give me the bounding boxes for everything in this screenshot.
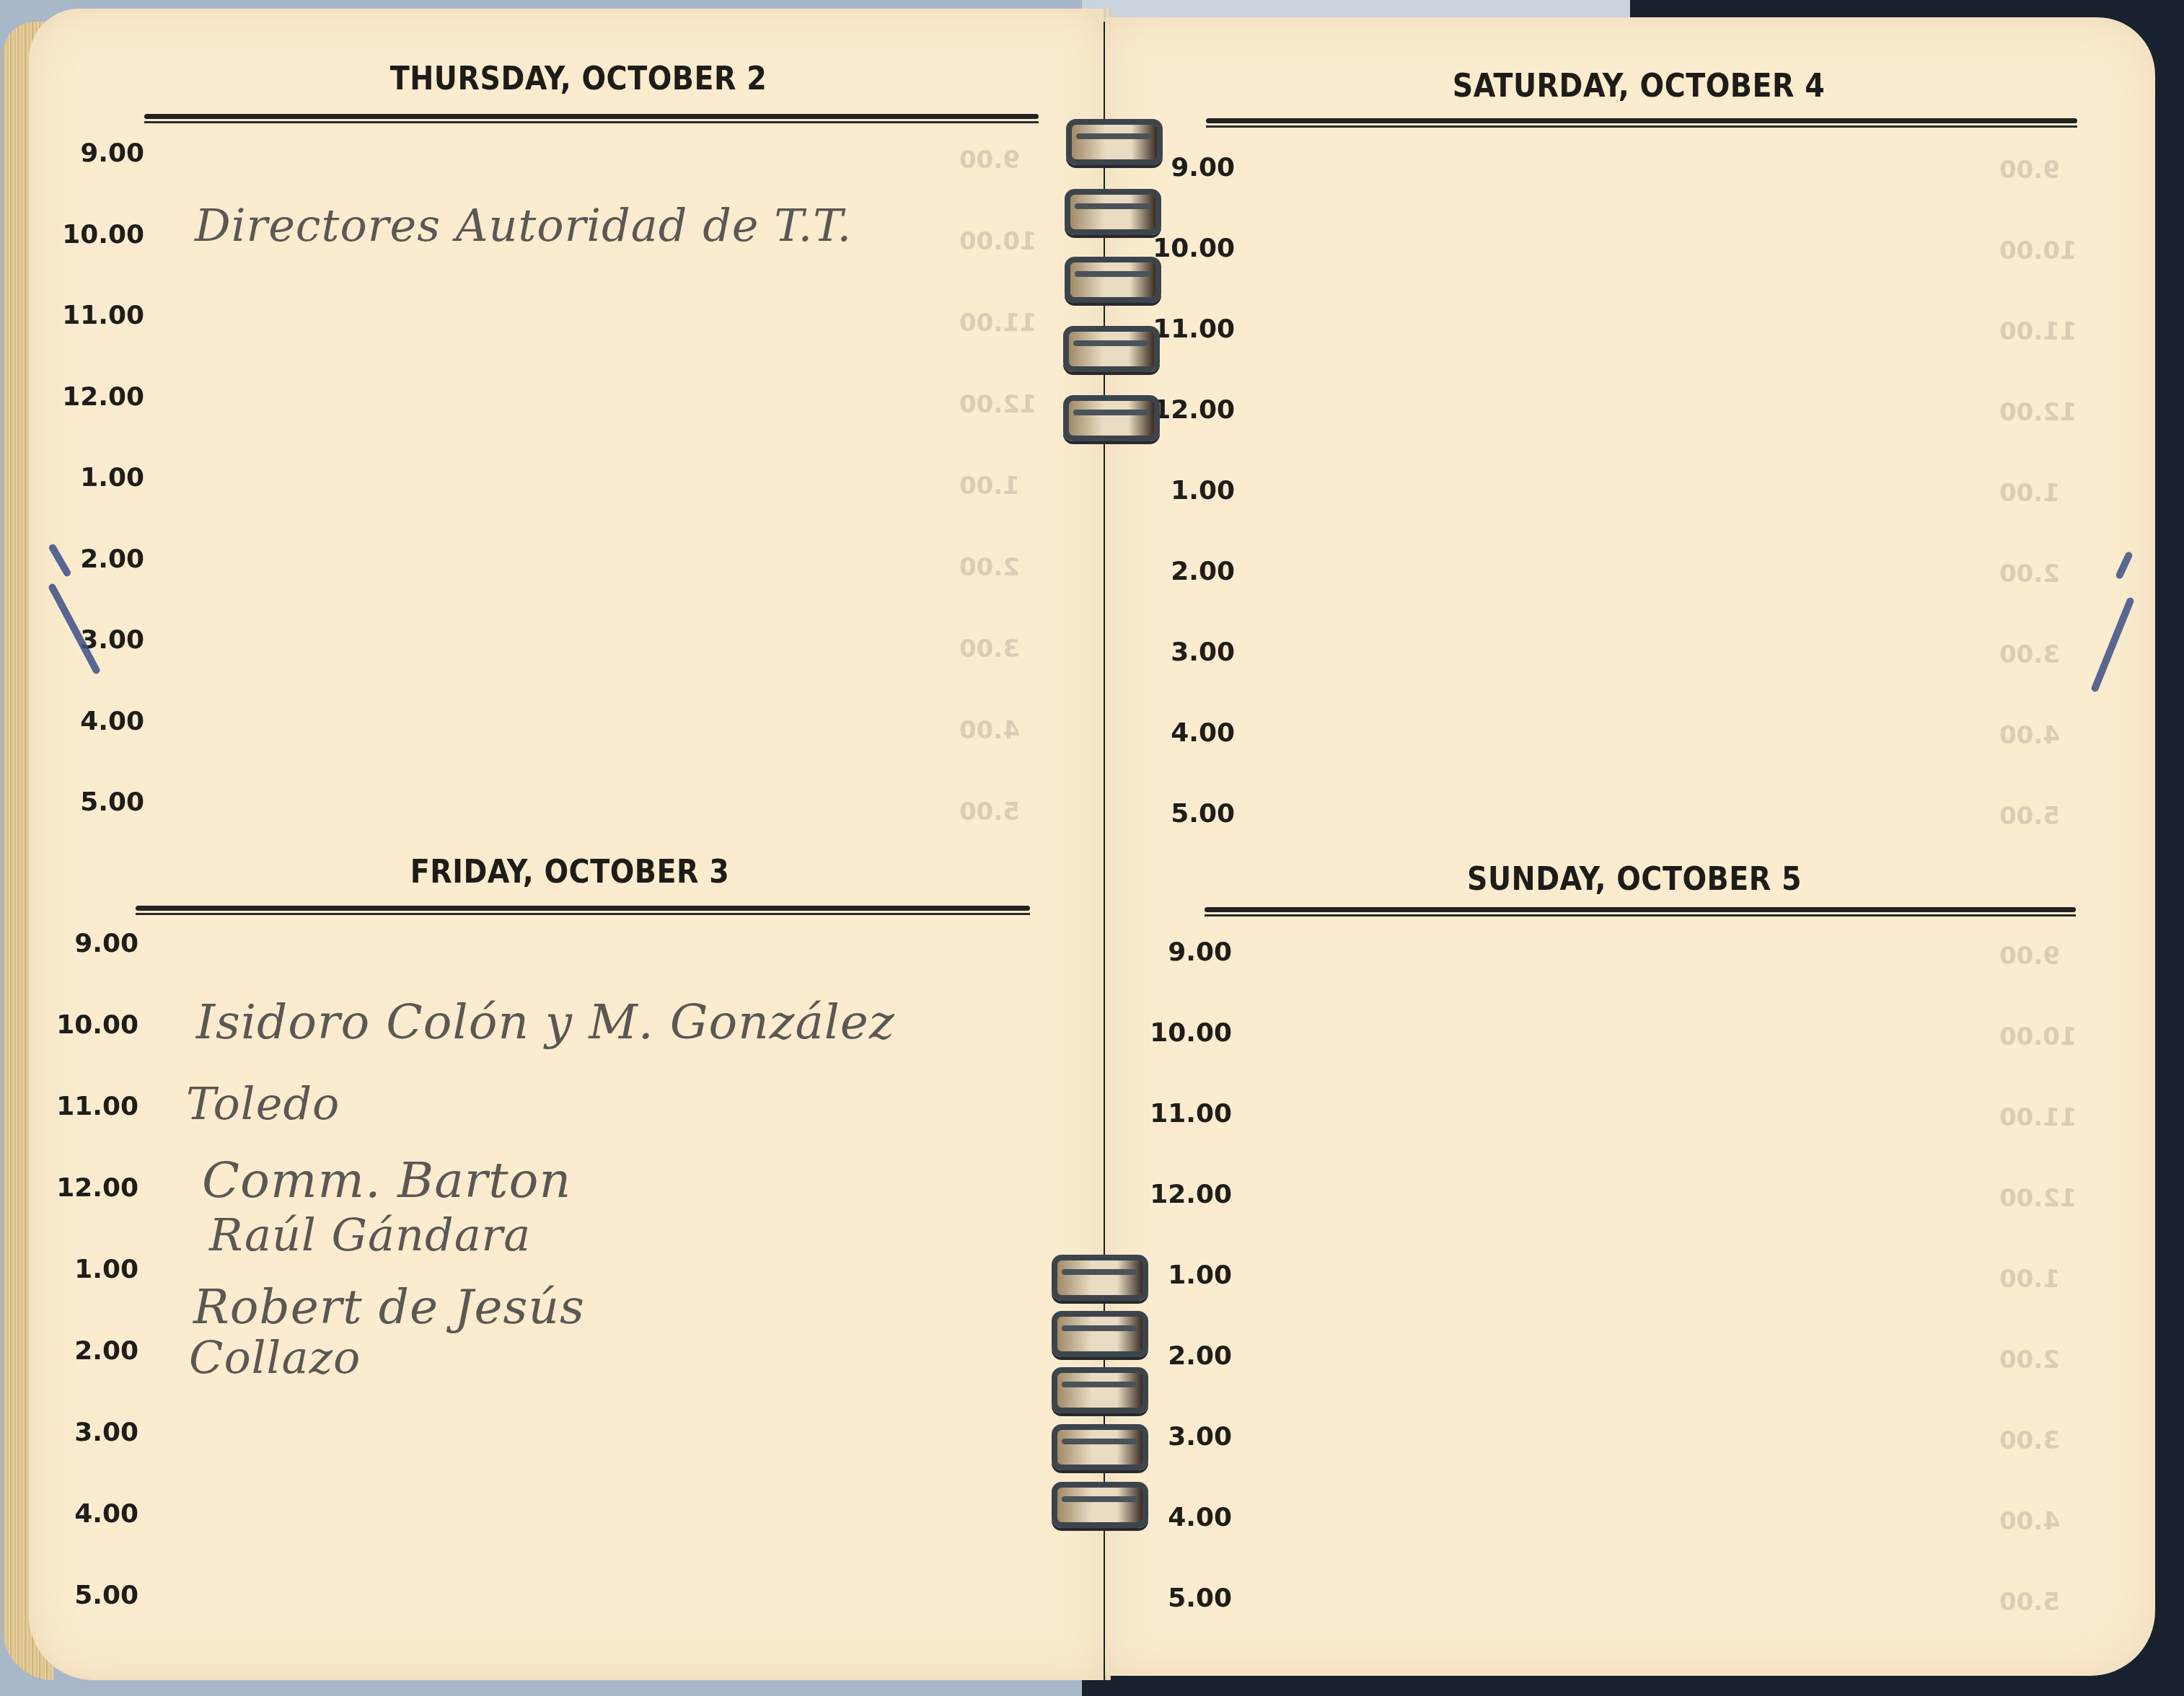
spiral-coil: [1063, 326, 1160, 372]
spiral-coil: [1066, 119, 1163, 165]
handwritten-entry: Raúl Gándara: [209, 1209, 531, 1261]
bleed-through-time: 9.00: [1999, 942, 2086, 971]
time-label: 1.00: [1141, 476, 1235, 505]
bleed-through-time: 1.00: [1999, 479, 2086, 508]
spiral-coil: [1052, 1367, 1148, 1413]
spiral-coil: [1052, 1482, 1148, 1528]
handwritten-entry: Directores Autoridad de T.T.: [195, 199, 852, 252]
bleed-through-time: 4.00: [1999, 721, 2086, 750]
time-label: 3.00: [1138, 1422, 1232, 1452]
time-label: 4.00: [45, 1499, 138, 1529]
spiral-coil: [1052, 1255, 1148, 1301]
bleed-through-time: 5.00: [959, 798, 1046, 826]
bleed-through-time: 1.00: [1999, 1265, 2086, 1294]
time-label: 2.00: [1141, 557, 1235, 586]
bleed-through-time: 9.00: [959, 146, 1046, 175]
bleed-through-time: 4.00: [1999, 1507, 2086, 1536]
spiral-coil: [1063, 395, 1160, 441]
day-title-sunday: SUNDAY, OCTOBER 5: [1467, 861, 1802, 898]
bleed-through-time: 2.00: [959, 553, 1046, 582]
bleed-through-time: 11.00: [959, 309, 1046, 337]
header-rule: [144, 114, 1039, 124]
time-label: 2.00: [1138, 1341, 1232, 1371]
spiral-coil: [1065, 189, 1161, 235]
bleed-through-time: 2.00: [1999, 560, 2086, 588]
time-label: 5.00: [50, 787, 144, 817]
time-label: 11.00: [50, 301, 144, 330]
time-label: 12.00: [50, 382, 144, 412]
bleed-through-time: 10.00: [1999, 1023, 2086, 1051]
time-label: 5.00: [1141, 799, 1235, 829]
bleed-through-time: 3.00: [959, 635, 1046, 663]
time-label: 9.00: [50, 138, 144, 168]
time-label: 10.00: [1138, 1018, 1232, 1048]
time-label: 10.00: [45, 1010, 138, 1040]
spiral-coil: [1065, 257, 1161, 303]
time-label: 9.00: [45, 929, 138, 958]
handwritten-entry: Robert de Jesús: [193, 1279, 585, 1335]
bleed-through-time: 3.00: [1999, 640, 2086, 669]
day-title-thursday: THURSDAY, OCTOBER 2: [390, 61, 767, 97]
bleed-through-time: 9.00: [1999, 156, 2086, 185]
time-label: 3.00: [1141, 637, 1235, 667]
time-label: 5.00: [45, 1581, 138, 1610]
left-page: THURSDAY, OCTOBER 2 9.00 10.00 11.00 12.…: [29, 9, 1104, 1680]
handwritten-entry: Isidoro Colón y M. González: [196, 994, 895, 1050]
handwritten-entry: Collazo: [189, 1331, 361, 1384]
time-label: 4.00: [1138, 1503, 1232, 1532]
time-label: 1.00: [45, 1255, 138, 1284]
time-label: 12.00: [45, 1173, 138, 1203]
time-label: 10.00: [50, 220, 144, 249]
time-label: 1.00: [50, 463, 144, 493]
time-label: 9.00: [1138, 937, 1232, 967]
bleed-through-time: 10.00: [959, 227, 1046, 256]
bleed-through-time: 1.00: [959, 472, 1046, 500]
bleed-through-time: 11.00: [1999, 317, 2086, 346]
handwritten-entry: Toledo: [186, 1077, 340, 1130]
time-label: 11.00: [1138, 1099, 1232, 1129]
bleed-through-time: 5.00: [1999, 802, 2086, 831]
time-label: 3.00: [50, 625, 144, 655]
bleed-through-time: 10.00: [1999, 237, 2086, 265]
header-rule: [1205, 907, 2076, 917]
pen-mark: [2115, 551, 2134, 580]
day-title-saturday: SATURDAY, OCTOBER 4: [1453, 68, 1826, 105]
right-page: SATURDAY, OCTOBER 4 9.00 10.00 11.00 12.…: [1105, 17, 2155, 1676]
bleed-through-time: 11.00: [1999, 1103, 2086, 1132]
time-label: 11.00: [45, 1092, 138, 1121]
time-label: 4.00: [1141, 718, 1235, 748]
bleed-through-time: 12.00: [1999, 1184, 2086, 1213]
spiral-coil: [1052, 1311, 1148, 1357]
bleed-through-time: 12.00: [959, 390, 1046, 419]
bleed-through-time: 2.00: [1999, 1346, 2086, 1374]
time-label: 2.00: [45, 1336, 138, 1366]
day-title-friday: FRIDAY, OCTOBER 3: [410, 854, 730, 891]
spiral-coil: [1052, 1424, 1148, 1470]
time-label: 3.00: [45, 1418, 138, 1447]
time-label: 5.00: [1138, 1584, 1232, 1613]
bleed-through-time: 4.00: [959, 716, 1046, 745]
header-rule: [1206, 118, 2077, 128]
time-label: 4.00: [50, 707, 144, 736]
bleed-through-time: 12.00: [1999, 398, 2086, 427]
bleed-through-time: 5.00: [1999, 1588, 2086, 1617]
time-label: 1.00: [1138, 1260, 1232, 1290]
handwritten-entry: Comm. Barton: [202, 1152, 571, 1209]
time-label: 12.00: [1138, 1180, 1232, 1209]
header-rule: [136, 906, 1030, 916]
bleed-through-time: 3.00: [1999, 1426, 2086, 1455]
pen-mark: [2090, 596, 2135, 693]
